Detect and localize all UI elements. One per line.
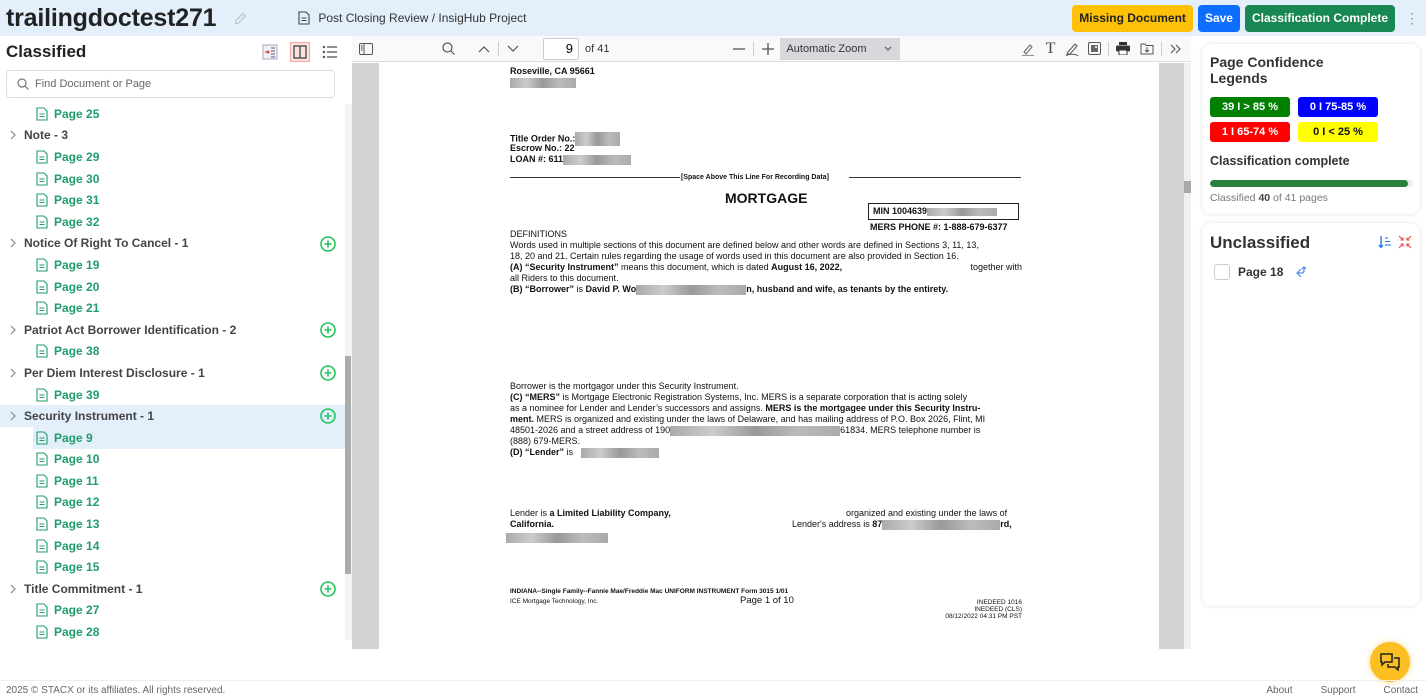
page-label: Page 9 bbox=[54, 431, 93, 445]
tree-page-item[interactable]: Page 13 bbox=[0, 513, 345, 535]
page-icon bbox=[36, 150, 48, 164]
chevron-right-icon[interactable] bbox=[10, 130, 20, 140]
add-page-icon[interactable] bbox=[320, 581, 336, 597]
tree-category[interactable]: Patriot Act Borrower Identification - 2 bbox=[0, 319, 345, 341]
loan-label: LOAN #: 611 bbox=[510, 154, 563, 164]
tree-page-item[interactable]: Page 31 bbox=[0, 189, 345, 211]
page-label: Page 21 bbox=[54, 301, 99, 315]
chevron-down-icon bbox=[884, 46, 892, 51]
tree-page-item[interactable]: Page 30 bbox=[0, 168, 345, 190]
viewer-scrollbar[interactable] bbox=[1184, 63, 1191, 649]
doc-footer: ICE Mortgage Technology, Inc. bbox=[510, 596, 598, 607]
find-icon[interactable] bbox=[438, 39, 458, 59]
recording-line: [Space Above This Line For Recording Dat… bbox=[681, 172, 829, 183]
tree-page-item[interactable]: Page 32 bbox=[0, 211, 345, 233]
classification-progress-bar bbox=[1210, 180, 1413, 187]
sidebar-title: Classified bbox=[6, 42, 86, 62]
doc-heading: MORTGAGE bbox=[725, 190, 807, 206]
zoom-select-value: Automatic Zoom bbox=[786, 43, 866, 55]
page-footer: 2025 © STACX or its affiliates. All righ… bbox=[0, 680, 1426, 699]
redacted-block bbox=[581, 448, 659, 458]
page-count-label: of 41 bbox=[585, 43, 609, 55]
chat-button[interactable] bbox=[1370, 642, 1410, 682]
doc-text: all Riders to this document. bbox=[510, 273, 619, 284]
page-label: Page 11 bbox=[54, 474, 99, 488]
previous-page-icon[interactable] bbox=[474, 39, 494, 59]
unclassified-item[interactable]: Page 18 bbox=[1214, 264, 1309, 280]
page-label: Page 39 bbox=[54, 388, 99, 402]
progress-text: Classified 40 of 41 pages bbox=[1210, 192, 1328, 204]
footer-link-about[interactable]: About bbox=[1266, 685, 1292, 696]
footer-link-contact[interactable]: Contact bbox=[1384, 685, 1418, 696]
page-icon bbox=[36, 539, 48, 553]
page-icon bbox=[36, 172, 48, 186]
doc-text: (888) 679-MERS. bbox=[510, 436, 580, 447]
tree-page-item[interactable]: Page 39 bbox=[0, 384, 345, 406]
tree-page-item[interactable]: Page 15 bbox=[0, 556, 345, 578]
zoom-out-icon[interactable] bbox=[729, 39, 749, 59]
pdf-toolbar: of 41 Automatic Zoom T bbox=[352, 36, 1191, 62]
page-label: Page 30 bbox=[54, 172, 99, 186]
tree-page-item[interactable]: Page 29 bbox=[0, 146, 345, 168]
doc-text: organized and existing under the laws of bbox=[846, 508, 1007, 519]
toggle-sidebar-icon[interactable] bbox=[356, 39, 376, 59]
add-page-icon[interactable] bbox=[320, 322, 336, 338]
page-label: Page 19 bbox=[54, 258, 99, 272]
redacted-block bbox=[670, 426, 840, 436]
category-label: Title Commitment - 1 bbox=[24, 582, 142, 596]
tree-category[interactable]: Per Diem Interest Disclosure - 1 bbox=[0, 362, 345, 384]
add-page-icon[interactable] bbox=[320, 236, 336, 252]
chat-icon bbox=[1380, 653, 1400, 671]
page-label: Page 28 bbox=[54, 625, 99, 639]
page-icon bbox=[36, 388, 48, 402]
search-icon bbox=[17, 78, 29, 90]
tree-page-item[interactable]: Page 14 bbox=[0, 535, 345, 557]
confidence-badge-medium: 0 I 75-85 % bbox=[1298, 97, 1378, 117]
page-checkbox[interactable] bbox=[1214, 264, 1230, 280]
tree-page-item[interactable]: Page 21 bbox=[0, 297, 345, 319]
list-view-icon[interactable] bbox=[320, 42, 340, 62]
min-label: MIN 1004639 bbox=[873, 206, 927, 216]
page-label: Page 29 bbox=[54, 150, 99, 164]
tree-category[interactable]: Notice Of Right To Cancel - 1 bbox=[0, 233, 345, 255]
top-header: trailingdoctest271 Post Closing Review /… bbox=[0, 0, 1426, 36]
confidence-badge-low: 1 I 65-74 % bbox=[1210, 122, 1290, 142]
page-label: Page 15 bbox=[54, 560, 99, 574]
redacted-block bbox=[506, 533, 608, 543]
highlight-icon[interactable] bbox=[1018, 39, 1038, 59]
find-document-input[interactable] bbox=[35, 78, 315, 90]
document-icon bbox=[298, 11, 310, 25]
copyright-text: 2025 © STACX or its affiliates. All righ… bbox=[6, 685, 225, 696]
save-button[interactable]: Save bbox=[1198, 5, 1240, 32]
chevron-right-icon[interactable] bbox=[10, 238, 20, 248]
page-icon bbox=[36, 517, 48, 531]
viewer-scrollbar-thumb[interactable] bbox=[1184, 181, 1191, 193]
redacted-block bbox=[510, 78, 576, 88]
chevron-right-icon[interactable] bbox=[10, 584, 20, 594]
app-title: trailingdoctest271 bbox=[6, 4, 216, 33]
page-label: Page 10 bbox=[54, 452, 99, 466]
unclassified-page-label: Page 18 bbox=[1238, 265, 1283, 279]
page-icon bbox=[36, 107, 48, 121]
tree-page-item[interactable]: Page 12 bbox=[0, 492, 345, 514]
doc-page-number: Page 1 of 10 bbox=[740, 595, 794, 606]
move-page-icon[interactable] bbox=[1295, 266, 1309, 278]
redacted-block bbox=[575, 132, 620, 146]
doc-address: Roseville, CA 95661 bbox=[510, 66, 595, 77]
download-icon[interactable] bbox=[1137, 39, 1157, 59]
image-tool-icon[interactable] bbox=[1084, 39, 1104, 59]
pdf-viewer[interactable]: Roseville, CA 95661 Title Order No.: Esc… bbox=[352, 63, 1191, 649]
zoom-select[interactable]: Automatic Zoom bbox=[780, 38, 900, 60]
page-icon bbox=[36, 625, 48, 639]
tree-page-item[interactable]: Page 9 bbox=[33, 427, 345, 449]
redacted-block bbox=[636, 285, 746, 295]
page-icon bbox=[36, 258, 48, 272]
doc-text: Words used in multiple sections of this … bbox=[510, 240, 979, 251]
collapse-icon[interactable] bbox=[1398, 235, 1412, 254]
mers-phone: MERS PHONE #: 1-888-679-6377 bbox=[870, 222, 1008, 233]
more-options-icon[interactable]: ⋮ bbox=[1402, 10, 1422, 27]
breadcrumb: Post Closing Review / InsigHub Project bbox=[298, 11, 526, 25]
doc-text: California. bbox=[510, 519, 554, 530]
page-icon bbox=[36, 452, 48, 466]
tree-category[interactable]: Title Commitment - 1 bbox=[0, 578, 345, 600]
confidence-badge-very-low: 0 I < 25 % bbox=[1298, 122, 1378, 142]
category-label: Security Instrument - 1 bbox=[24, 409, 154, 423]
tree-page-item[interactable]: Page 38 bbox=[0, 341, 345, 363]
text-tool-icon[interactable]: T bbox=[1040, 39, 1060, 59]
category-label: Notice Of Right To Cancel - 1 bbox=[24, 236, 188, 250]
redacted-block bbox=[927, 208, 997, 216]
doc-text: 18, 20 and 21. Certain rules regarding t… bbox=[510, 251, 959, 262]
title-order-label: Title Order No.: bbox=[510, 133, 575, 143]
page-icon bbox=[36, 280, 48, 294]
page-label: Page 20 bbox=[54, 280, 99, 294]
edit-pencil-icon[interactable] bbox=[234, 11, 248, 25]
tree-page-item[interactable]: Page 25 bbox=[0, 103, 345, 125]
tree-page-item[interactable]: Page 28 bbox=[0, 621, 345, 643]
page-label: Page 25 bbox=[54, 107, 99, 121]
page-icon bbox=[36, 431, 48, 445]
page-icon bbox=[36, 560, 48, 574]
split-view-icon[interactable] bbox=[290, 42, 310, 62]
chevron-right-icon[interactable] bbox=[10, 325, 20, 335]
doc-text: Borrower is the mortgagor under this Sec… bbox=[510, 381, 739, 392]
sidebar-scrollbar-thumb[interactable] bbox=[345, 356, 351, 574]
tree-page-item[interactable]: Page 27 bbox=[0, 600, 345, 622]
print-icon[interactable] bbox=[1113, 39, 1133, 59]
tree-category[interactable]: Security Instrument - 1 bbox=[0, 405, 345, 427]
page-icon bbox=[36, 301, 48, 315]
tree-page-item[interactable]: Page 11 bbox=[0, 470, 345, 492]
footer-link-support[interactable]: Support bbox=[1321, 685, 1356, 696]
page-icon bbox=[36, 474, 48, 488]
redacted-block bbox=[882, 520, 1000, 530]
confidence-badge-high: 39 I > 85 % bbox=[1210, 97, 1290, 117]
search-field[interactable] bbox=[6, 70, 335, 98]
chevron-right-icon[interactable] bbox=[10, 368, 20, 378]
category-label: Patriot Act Borrower Identification - 2 bbox=[24, 323, 236, 337]
unclassified-title: Unclassified bbox=[1210, 233, 1310, 253]
sort-icon[interactable] bbox=[1378, 235, 1392, 254]
sidebar-scrollbar[interactable] bbox=[345, 104, 352, 640]
chevron-right-icon[interactable] bbox=[10, 411, 20, 421]
page-label: Page 12 bbox=[54, 495, 99, 509]
missing-document-button[interactable]: Missing Document bbox=[1072, 5, 1193, 32]
zoom-in-icon[interactable] bbox=[758, 39, 778, 59]
page-icon bbox=[36, 495, 48, 509]
redacted-block bbox=[563, 155, 631, 165]
more-tools-icon[interactable] bbox=[1166, 39, 1186, 59]
page-label: Page 32 bbox=[54, 215, 99, 229]
confidence-legend-card: Page Confidence Legends 39 I > 85 % 0 I … bbox=[1202, 44, 1420, 214]
next-page-icon[interactable] bbox=[503, 39, 523, 59]
category-label: Note - 3 bbox=[24, 128, 68, 142]
classification-complete-button[interactable]: Classification Complete bbox=[1245, 5, 1395, 32]
page-icon bbox=[36, 215, 48, 229]
classified-sidebar: Classified Page 25Note - 3Page 29Page 30… bbox=[0, 36, 352, 648]
unclassified-card: Unclassified Page 18 bbox=[1202, 223, 1420, 606]
breadcrumb-text: Post Closing Review / InsigHub Project bbox=[318, 11, 526, 25]
indent-icon[interactable] bbox=[260, 42, 280, 62]
page-label: Page 13 bbox=[54, 517, 99, 531]
pdf-page: Roseville, CA 95661 Title Order No.: Esc… bbox=[379, 63, 1159, 649]
page-icon bbox=[36, 603, 48, 617]
progress-title: Classification complete bbox=[1210, 154, 1350, 168]
tree-page-item[interactable]: Page 20 bbox=[0, 276, 345, 298]
page-icon bbox=[36, 193, 48, 207]
page-icon bbox=[36, 344, 48, 358]
add-page-icon[interactable] bbox=[320, 408, 336, 424]
add-page-icon[interactable] bbox=[320, 365, 336, 381]
page-label: Page 27 bbox=[54, 603, 99, 617]
tree-page-item[interactable]: Page 10 bbox=[0, 449, 345, 471]
definitions-heading: DEFINITIONS bbox=[510, 229, 567, 240]
draw-icon[interactable] bbox=[1062, 39, 1082, 59]
tree-category[interactable]: Note - 3 bbox=[0, 125, 345, 147]
escrow-label: Escrow No.: 22 bbox=[510, 143, 575, 153]
page-number-input[interactable] bbox=[543, 38, 579, 60]
tree-page-item[interactable]: Page 19 bbox=[0, 254, 345, 276]
page-label: Page 31 bbox=[54, 193, 99, 207]
page-label: Page 14 bbox=[54, 539, 99, 553]
legend-title: Page Confidence Legends bbox=[1210, 54, 1360, 86]
classified-tree: Page 25Note - 3Page 29Page 30Page 31Page… bbox=[0, 103, 345, 648]
category-label: Per Diem Interest Disclosure - 1 bbox=[24, 366, 205, 380]
page-label: Page 38 bbox=[54, 344, 99, 358]
